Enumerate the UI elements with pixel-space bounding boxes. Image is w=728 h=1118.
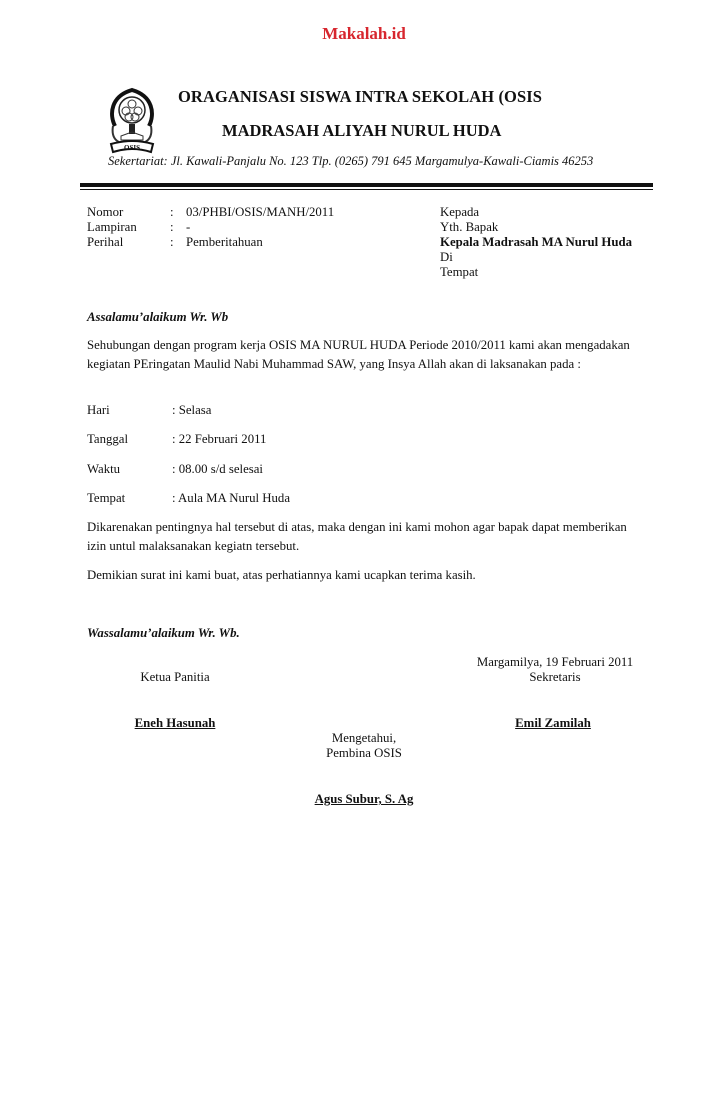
detail-label-waktu: Waktu [87,462,120,477]
secretariat-address: Sekertariat: Jl. Kawali-Panjalu No. 123 … [108,154,593,169]
watermark: Makalah.id [0,24,728,44]
opening-greeting: Assalamu’alaikum Wr. Wb [87,310,228,325]
closing-paragraph: Demikian surat ini kami buat, atas perha… [87,566,647,585]
recipient-place: Tempat [440,265,478,280]
advisor-name: Agus Subur, S. Ag [264,792,464,807]
signature-role-left: Ketua Panitia [100,670,250,685]
detail-label-tempat: Tempat [87,491,125,506]
signature-name-left: Eneh Hasunah [100,716,250,731]
meta-colon: : [170,220,174,235]
intro-paragraph: Sehubungan dengan program kerja OSIS MA … [87,336,647,374]
detail-value-tempat: : Aula MA Nurul Huda [172,491,290,506]
letterhead-divider-thick [80,183,653,187]
detail-value-hari: : Selasa [172,403,211,418]
advisor-role: Pembina OSIS [289,746,439,761]
request-paragraph: Dikarenakan pentingnya hal tersebut di a… [87,518,647,556]
detail-value-waktu: : 08.00 s/d selesai [172,462,263,477]
closing-greeting: Wassalamu’alaikum Wr. Wb. [87,626,240,641]
place-date: Margamilya, 19 Februari 2011 [440,655,670,670]
signature-role-right: Sekretaris [440,670,670,685]
meta-label-nomor: Nomor [87,205,123,220]
recipient-name: Kepala Madrasah MA Nurul Huda [440,235,632,250]
recipient-di: Di [440,250,453,265]
svg-text:OSIS: OSIS [124,144,140,152]
detail-value-tanggal: : 22 Februari 2011 [172,432,266,447]
detail-label-hari: Hari [87,403,110,418]
meta-value-perihal: Pemberitahuan [186,235,263,250]
meta-value-nomor: 03/PHBI/OSIS/MANH/2011 [186,205,334,220]
meta-label-lampiran: Lampiran [87,220,137,235]
meta-colon: : [170,205,174,220]
letterhead-divider-thin [80,189,653,190]
school-title: MADRASAH ALIYAH NURUL HUDA [222,121,501,141]
meta-label-perihal: Perihal [87,235,123,250]
acknowledgement-label: Mengetahui, [289,731,439,746]
signature-name-right: Emil Zamilah [478,716,628,731]
recipient-salutation: Yth. Bapak [440,220,498,235]
osis-emblem-icon: OSIS [107,86,157,154]
organization-title: ORAGANISASI SISWA INTRA SEKOLAH (OSIS [178,87,542,107]
meta-value-lampiran: - [186,220,190,235]
meta-colon: : [170,235,174,250]
detail-label-tanggal: Tanggal [87,432,128,447]
recipient-kepada: Kepada [440,205,479,220]
